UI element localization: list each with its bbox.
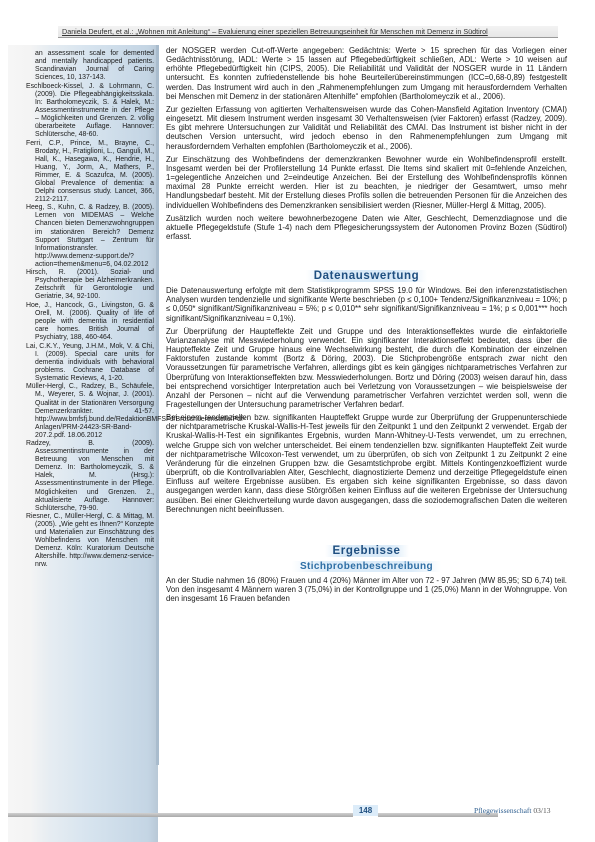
journal-issue: 03/13 [533, 806, 550, 815]
page-number: 148 [353, 805, 378, 816]
reference-list: an assessment scale for demented and men… [26, 50, 154, 570]
reference-item: Eschlboeck-Kissel, J. & Lohrmann, C. (20… [26, 83, 154, 139]
footer-rule-left [8, 813, 353, 817]
section-heading-text: Ergebnisse [325, 545, 409, 557]
body-paragraph: Zur Überprüfung der Haupteffekte Zeit un… [166, 327, 567, 409]
body-paragraph: Zusätzlich wurden noch weitere bewohnerb… [166, 214, 567, 241]
subsection-heading-text: Stichprobenbeschreibung [292, 561, 441, 572]
spacer [166, 245, 567, 269]
body-paragraph: der NOSGER werden Cut-off-Werte angegebe… [166, 46, 567, 101]
reference-item: Heeg, S., Kuhn, C. & Radzey, B. (2005). … [26, 204, 154, 268]
main-column: der NOSGER werden Cut-off-Werte angegebe… [166, 46, 567, 607]
journal-title: Pflegewissenschaft [474, 806, 531, 815]
sidebar-edge-divider [156, 45, 159, 765]
body-paragraph: Zur gezielten Erfassung von agitierten V… [166, 105, 567, 151]
section-heading-datenauswertung: Datenauswertung [166, 269, 567, 283]
body-paragraph: Zur Einschätzung des Wohlbefindens der d… [166, 155, 567, 210]
journal-name: Pflegewissenschaft 03/13 [474, 806, 550, 816]
reference-item: Riesner, C., Müller-Hergl, C. & Mittag, … [26, 513, 154, 569]
section-heading-ergebnisse: Ergebnisse [166, 544, 567, 558]
spacer [166, 518, 567, 544]
running-header: Daniela Deufert, et al.: „Wohnen mit Anl… [58, 26, 558, 38]
reference-item: Hirsch, R. (2001). Sozial- und Psychothe… [26, 269, 154, 301]
body-paragraph: Die Datenauswertung erfolgte mit dem Sta… [166, 286, 567, 323]
reference-item: Lai, C.K.Y., Yeung, J.H.M., Mok, V. & Ch… [26, 343, 154, 383]
reference-item: an assessment scale for demented and men… [26, 50, 154, 82]
subsection-heading-stichprobenbeschreibung: Stichprobenbeschreibung [166, 561, 567, 573]
reference-item: Hoe, J., Hancock, G., Livingston, G. & O… [26, 302, 154, 342]
reference-item: Ferri, C.P., Prince, M., Brayne, C., Bro… [26, 140, 154, 204]
body-paragraph: An der Studie nahmen 16 (80%) Frauen und… [166, 576, 567, 603]
section-heading-text: Datenauswertung [306, 270, 428, 282]
body-paragraph: Bei einem tendenziellen bzw. signifikant… [166, 413, 567, 514]
reference-item: Radzey, B. (2009). Assessmentinstrumente… [26, 440, 154, 512]
reference-item: Müller-Hergl, C., Radzey, B., Schäufele,… [26, 383, 154, 439]
